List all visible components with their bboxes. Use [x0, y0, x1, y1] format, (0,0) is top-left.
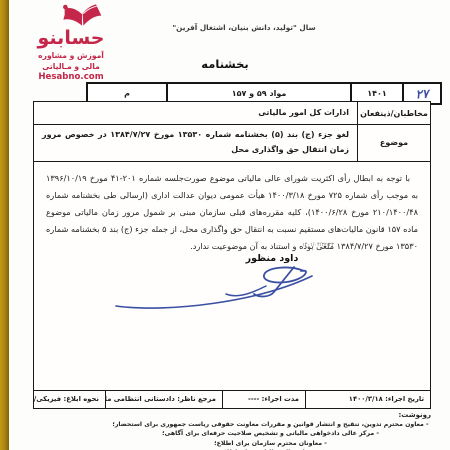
signature-icon	[108, 264, 320, 310]
signer-name: داود منظور	[230, 253, 314, 264]
copy-line: - مرکز عالی دادخواهی مالیاتی و تشخیص صلا…	[110, 429, 431, 438]
circular-document-page: حسابنو آموزش و مشاوره مالی و مـالیاتی He…	[0, 0, 450, 450]
delivery-method-cell: نحوه ابلاغ: فیزیکی/ سیستمی	[34, 391, 106, 408]
copy-line: - معاون محترم تدوین، تنقیح و انتشار قوان…	[110, 420, 431, 429]
audience-value: ادارات کل امور مالیاتی	[34, 102, 357, 124]
audience-label: مخاطبان/ذینفعان	[357, 102, 430, 124]
copies-section: رونوشت: - معاون محترم تدوین، تنقیح و انت…	[110, 411, 431, 450]
execution-info-row: تاریخ اجراء: ۱۴۰۰/۳/۱۸ مدت اجراء: ---- م…	[34, 391, 430, 408]
date-stamp: ۱۴۰۱/۰۴/۲۲-۲۳	[302, 242, 334, 248]
subject-row: موضوع لغو جزء (ج) بند (۵) بخشنامه شماره …	[34, 125, 430, 162]
body-row: با توجه به ابطال رأی اکثریت شورای عالی م…	[34, 162, 430, 391]
document-type-title: بخشنامه	[0, 57, 450, 71]
execution-duration-cell: مدت اجراء: ----	[223, 391, 306, 408]
circular-info-table: مخاطبان/ذینفعان ادارات کل امور مالیاتی م…	[33, 101, 431, 409]
logo-site-url: Hesabno.com	[24, 72, 118, 82]
open-book-icon	[60, 3, 104, 29]
copy-line: - معاونان محترم سازمان برای اطلاع؛	[110, 439, 431, 448]
logo-brand-text: حسابنو	[24, 29, 118, 49]
supervisor-cell: مرجع ناظر: دادستانی انتظامی مالیاتی	[106, 391, 223, 408]
audience-row: مخاطبان/ذینفعان ادارات کل امور مالیاتی	[34, 102, 430, 125]
body-paragraph: با توجه به ابطال رأی اکثریت شورای عالی م…	[46, 170, 418, 255]
year-slogan: سال "تولید، دانش بنیان، اشتغال آفرین"	[118, 23, 370, 32]
subject-label: موضوع	[357, 125, 430, 161]
subject-value: لغو جزء (ج) بند (۵) بخشنامه شماره ۱۳۵۳۰ …	[34, 125, 357, 161]
execution-date-cell: تاریخ اجراء: ۱۴۰۰/۳/۱۸	[306, 391, 430, 408]
copies-label: رونوشت:	[110, 411, 431, 420]
